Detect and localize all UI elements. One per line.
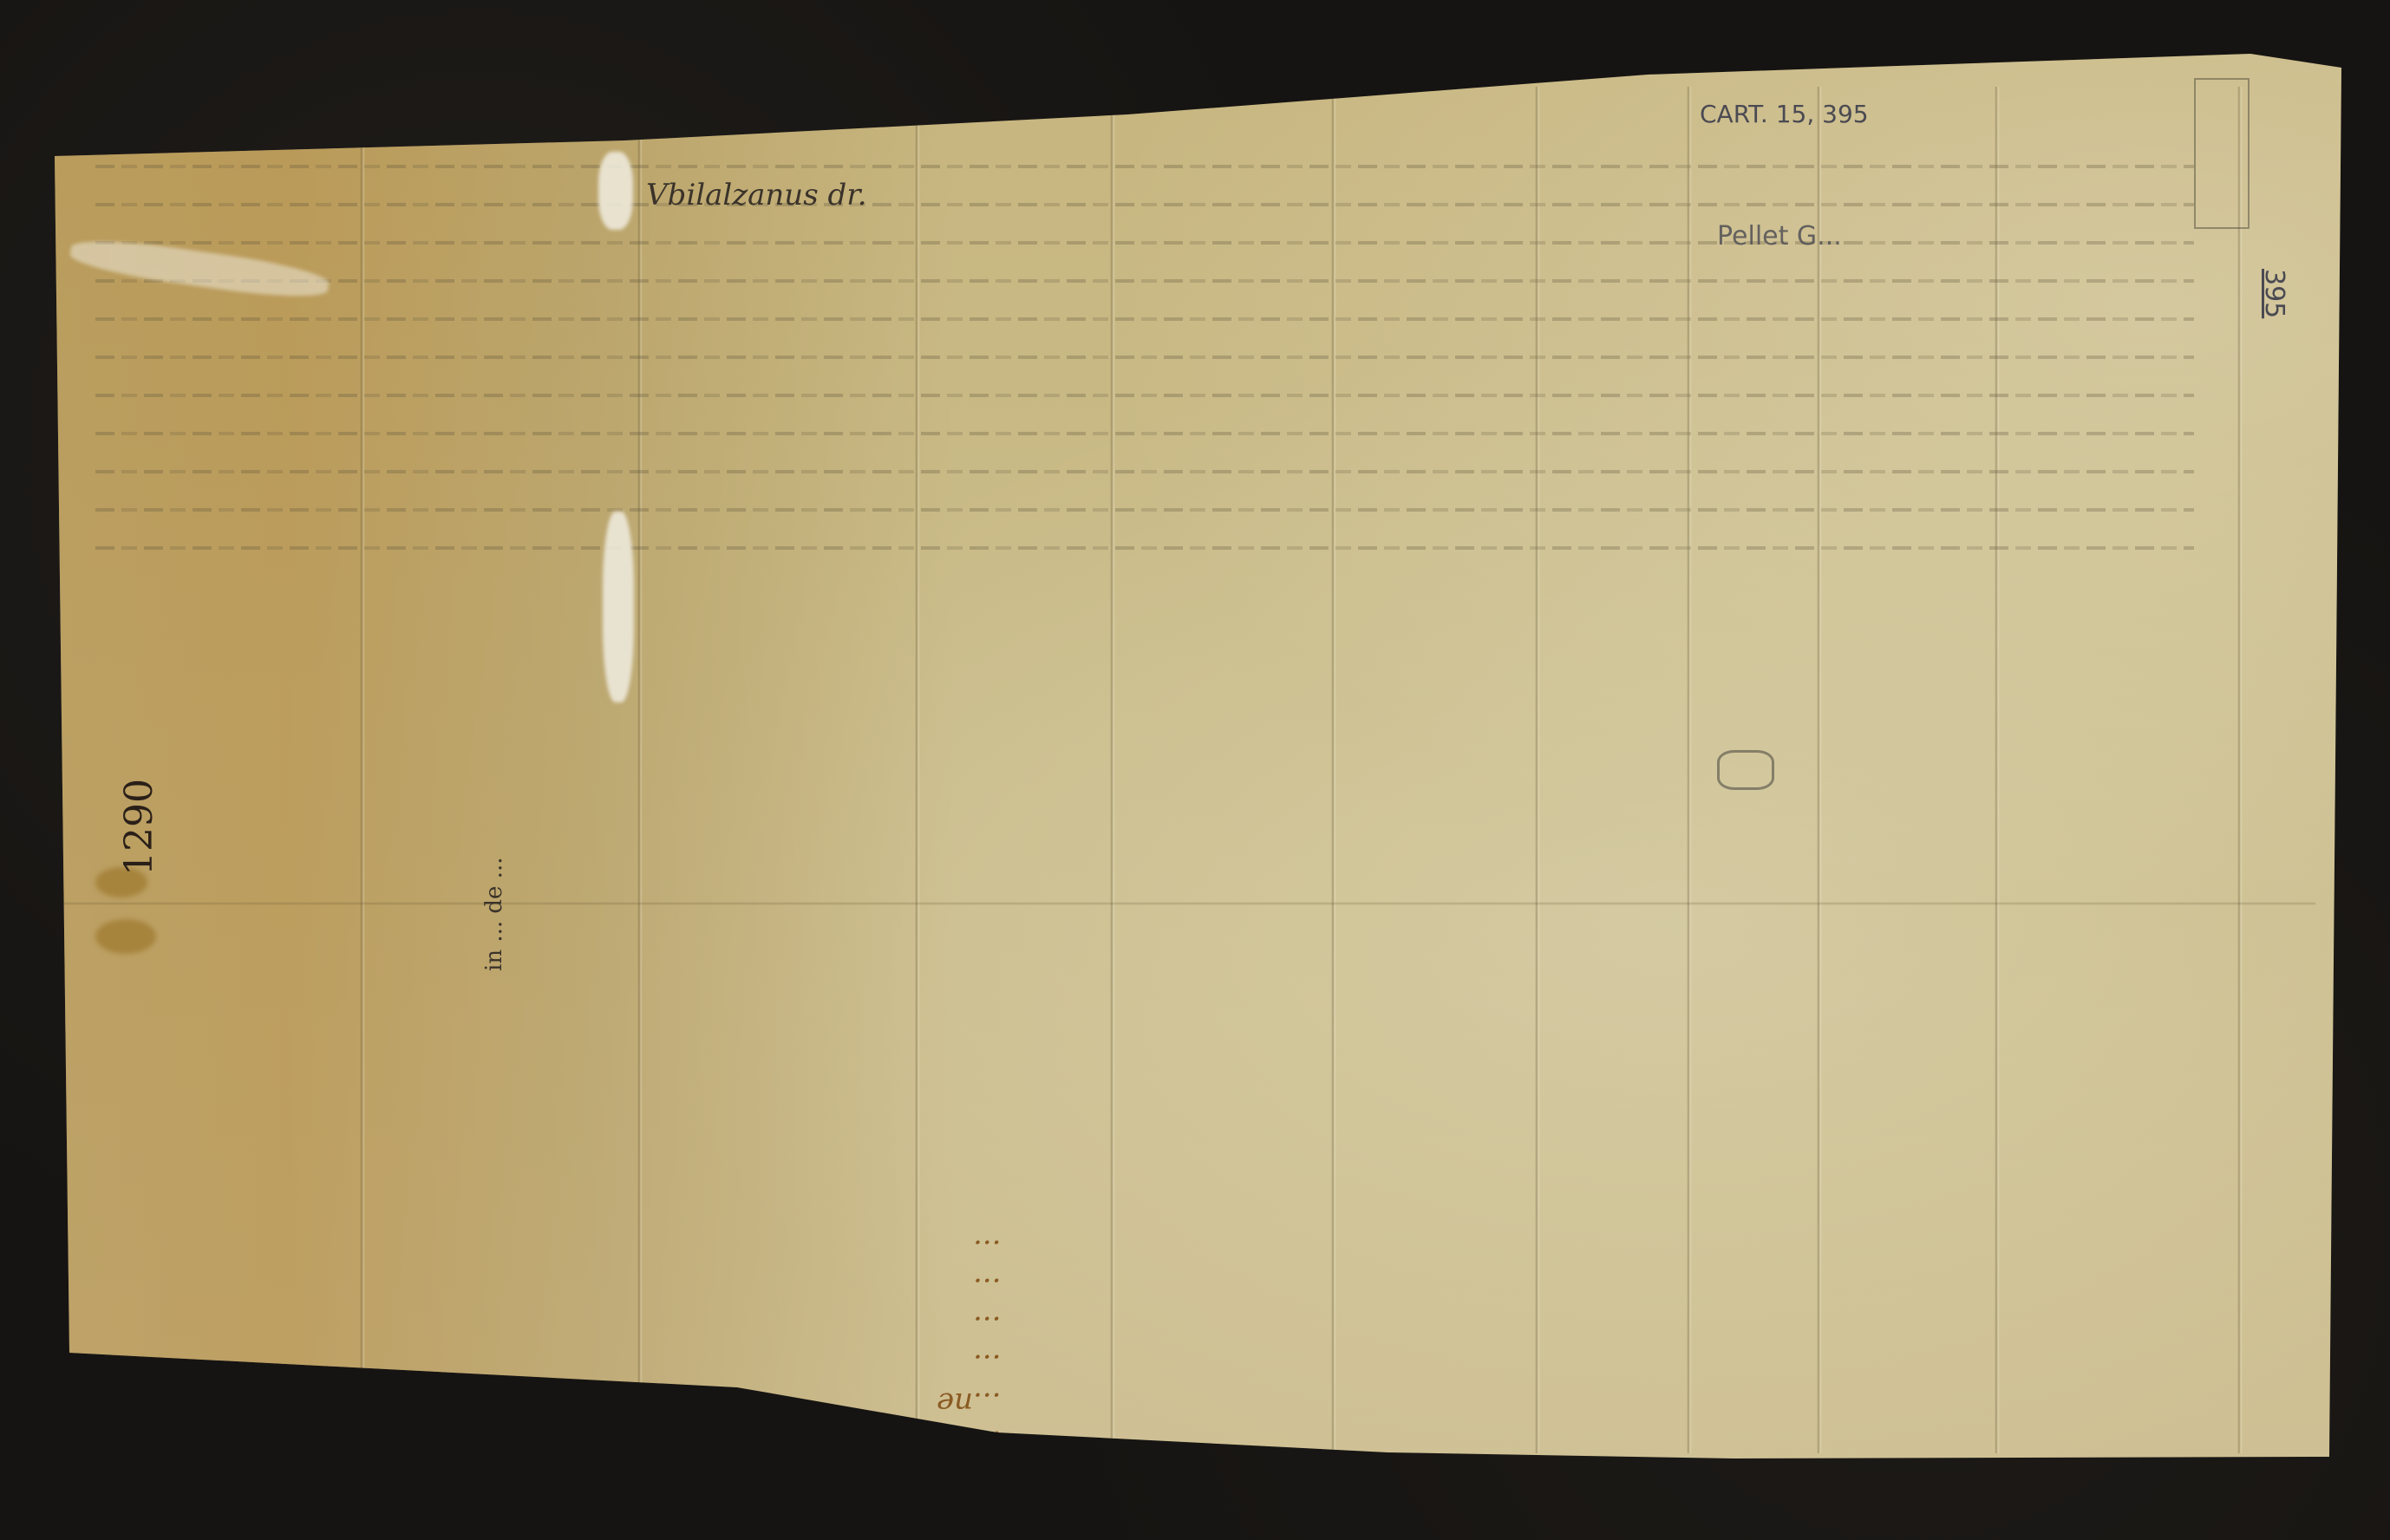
- bleed-through-text: [95, 165, 2194, 584]
- archive-stamp: [2194, 78, 2250, 229]
- tear: [598, 152, 633, 230]
- stain: [95, 919, 156, 954]
- folio-number: 395: [2259, 269, 2289, 318]
- marginal-note: Pellet G...: [1717, 221, 1842, 251]
- archive-shelfmark: CART. 15, 395: [1700, 100, 1869, 128]
- fold-line: [61, 902, 2315, 905]
- notarial-sign-icon: [1717, 750, 1774, 790]
- tear: [603, 512, 634, 702]
- year-note: 1290: [117, 779, 161, 876]
- fold-line: [2237, 87, 2243, 1453]
- dorsal-title: Vbilalzanus dr.: [646, 178, 867, 212]
- dorsal-note-left: in ... de ...: [481, 858, 507, 971]
- parchment-sheet: Vbilalzanus dr. CART. 15, 395 Pellet G..…: [0, 0, 2390, 1540]
